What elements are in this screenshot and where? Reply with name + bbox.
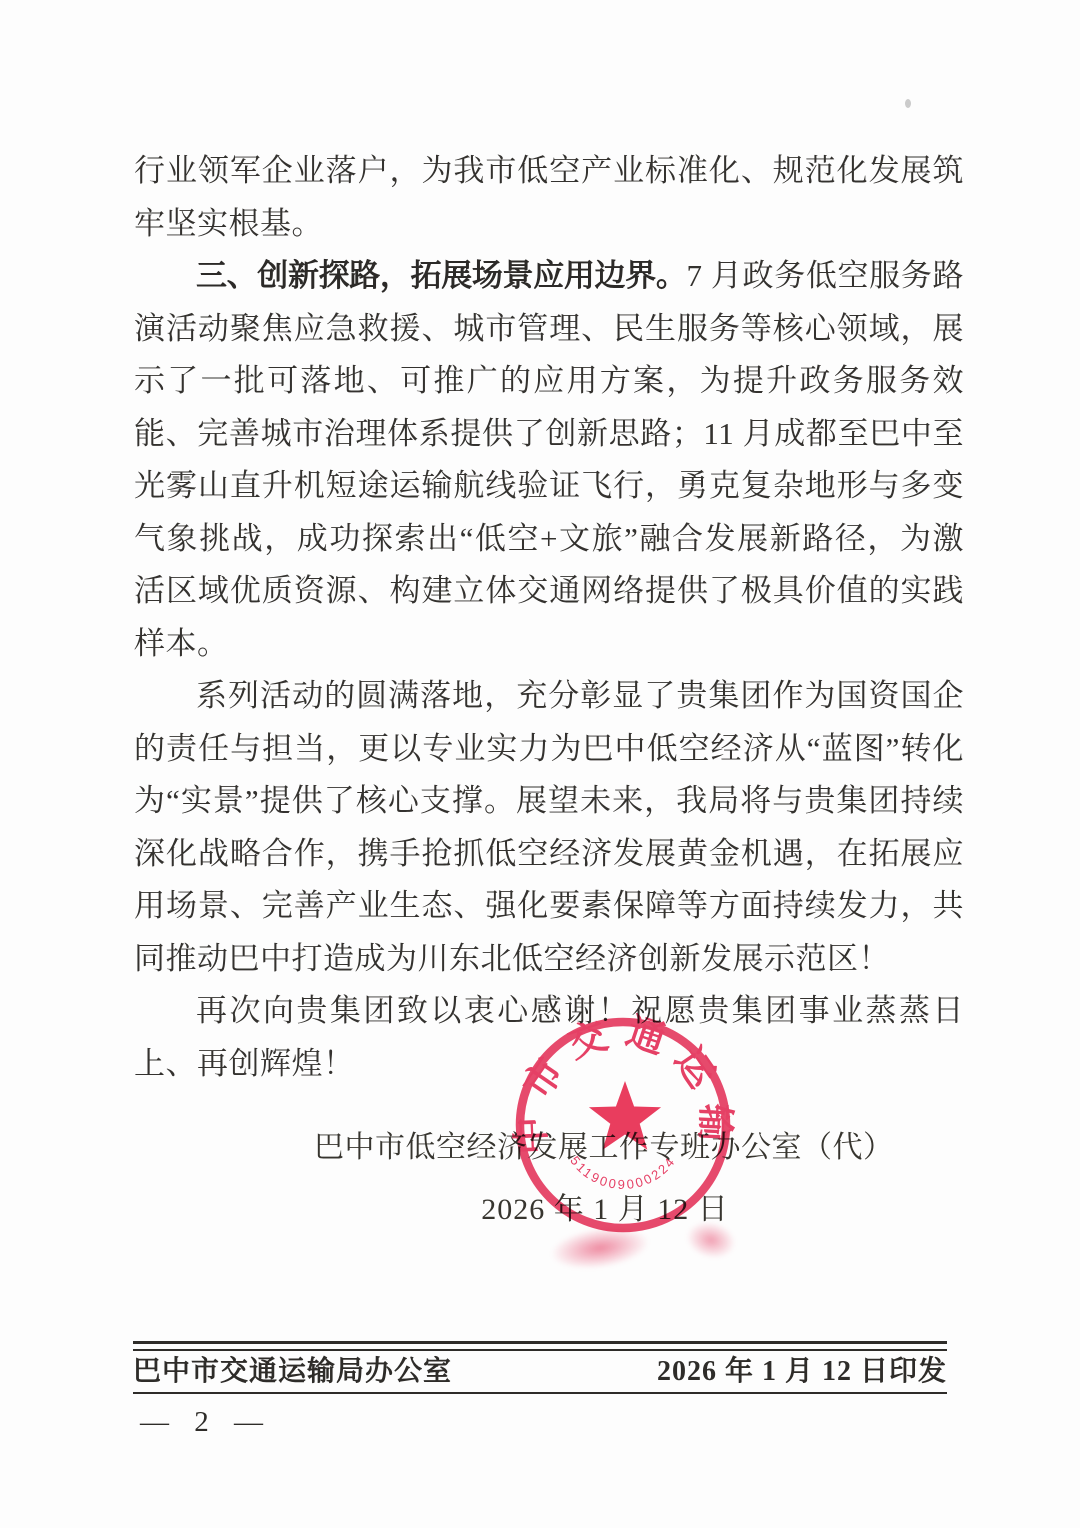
page-number: — 2 — (140, 1406, 272, 1439)
footer-print-date: 2026 年 1 月 12 日印发 (657, 1354, 947, 1390)
paragraph-section-three: 三、创新探路，拓展场景应用边界。7 月政务低空服务路演活动聚焦应急救援、城市管理… (134, 250, 964, 670)
footer-double-rule (133, 1341, 947, 1351)
letter-body: 行业领军企业落户，为我市低空产业标准化、规范化发展筑牢坚实根基。 三、创新探路，… (134, 145, 964, 1090)
document-page: 行业领军企业落户，为我市低空产业标准化、规范化发展筑牢坚实根基。 三、创新探路，… (0, 0, 1080, 1528)
official-seal: 巴中市交通运输局 5119009000224 (504, 1008, 742, 1242)
section-heading: 三、创新探路，拓展场景应用边界。 (196, 258, 687, 293)
footer-single-rule (133, 1392, 947, 1394)
paragraph-text: 7 月政务低空服务路演活动聚焦应急救援、城市管理、民生服务等核心领域，展示了一批… (134, 258, 964, 661)
seal-code: 5119009000224 (567, 1153, 679, 1192)
scan-speck (905, 99, 911, 108)
svg-text:5119009000224: 5119009000224 (567, 1153, 679, 1192)
paragraph-continuation: 行业领军企业落户，为我市低空产业标准化、规范化发展筑牢坚实根基。 (134, 145, 964, 250)
footer-issuer: 巴中市交通运输局办公室 (133, 1354, 452, 1390)
star-icon (589, 1081, 661, 1150)
paragraph-summary: 系列活动的圆满落地，充分彰显了贵集团作为国资国企的责任与担当，更以专业实力为巴中… (134, 670, 964, 985)
footer-row: 巴中市交通运输局办公室 2026 年 1 月 12 日印发 (133, 1354, 947, 1390)
